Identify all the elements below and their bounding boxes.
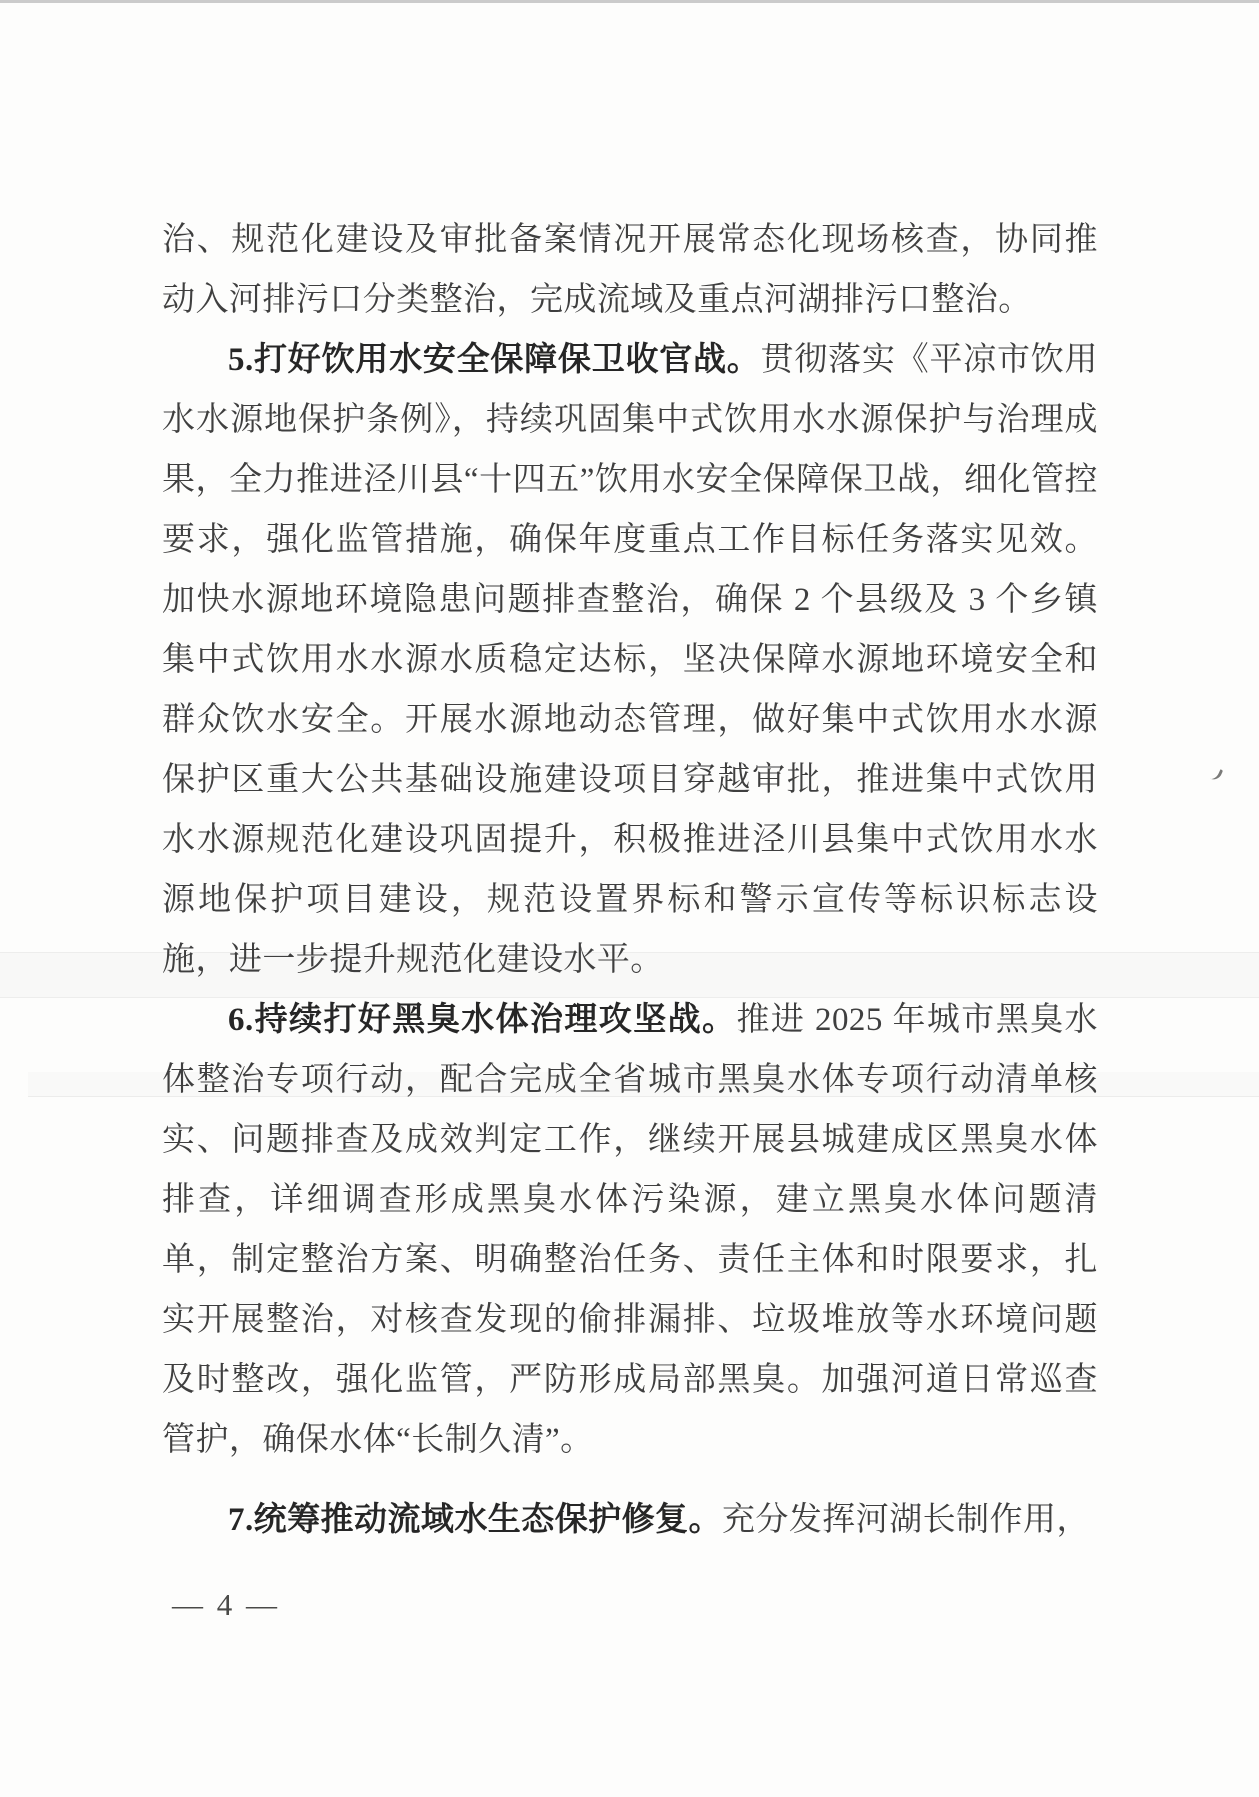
paragraph-lead: 7.统筹推动流域水生态保护修复。 <box>228 1502 722 1538</box>
paragraph-item-5: 5.打好饮用水安全保障保卫收官战。贯彻落实《平凉市饮用水水源地保护条例》，持续巩… <box>162 330 1098 990</box>
paragraph-continuation: 治、规范化建设及审批备案情况开展常态化现场核查，协同推动入河排污口分类整治，完成… <box>162 210 1098 330</box>
paragraph-body: 贯彻落实《平凉市饮用水水源地保护条例》，持续巩固集中式饮用水水源保护与治理成果，… <box>162 342 1098 978</box>
paragraph-body: 推进 2025 年城市黑臭水体整治专项行动，配合完成全省城市黑臭水体专项行动清单… <box>162 1002 1098 1458</box>
paragraph-item-6: 6.持续打好黑臭水体治理攻坚战。推进 2025 年城市黑臭水体整治专项行动，配合… <box>162 990 1098 1470</box>
ink-speck-mark <box>1210 767 1224 783</box>
paragraph-body: 治、规范化建设及审批备案情况开展常态化现场核查，协同推动入河排污口分类整治，完成… <box>162 222 1098 318</box>
scan-top-edge-line <box>0 0 1259 3</box>
paragraph-item-7: 7.统筹推动流域水生态保护修复。充分发挥河湖长制作用， <box>162 1490 1098 1550</box>
paragraph-lead: 5.打好饮用水安全保障保卫收官战。 <box>228 342 761 378</box>
paragraph-lead: 6.持续打好黑臭水体治理攻坚战。 <box>228 1002 736 1038</box>
document-text-block: 治、规范化建设及审批备案情况开展常态化现场核查，协同推动入河排污口分类整治，完成… <box>162 210 1098 1550</box>
page-number: — 4 — <box>172 1585 280 1625</box>
paragraph-body: 充分发挥河湖长制作用， <box>722 1502 1090 1538</box>
